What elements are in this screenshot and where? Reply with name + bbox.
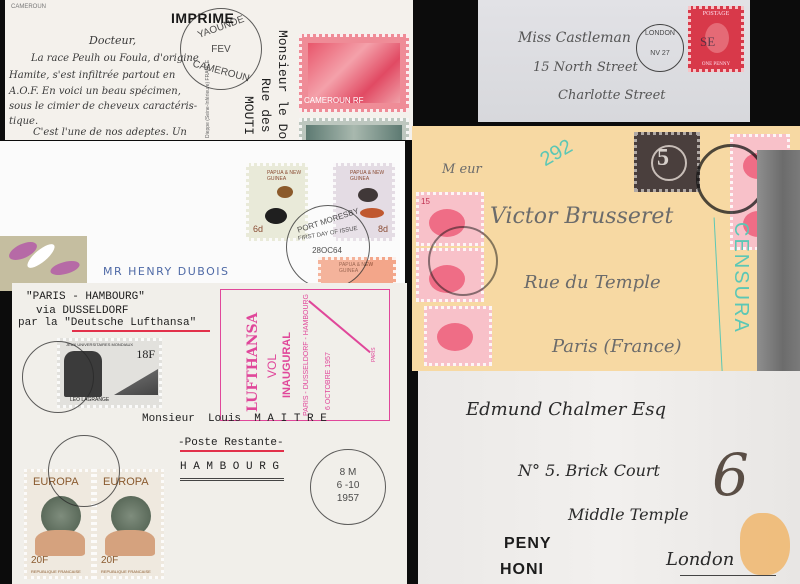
cachet-airline: LUFTHANSA — [245, 312, 261, 412]
penny-red-stamp: POSTAGE ONE PENNY — [688, 6, 744, 72]
poste-restante-underline — [180, 450, 284, 452]
message-line: Hamite, s'est infiltrée partout en — [9, 70, 175, 81]
cachet-route: PARIS - DUSSELDORF - HAMBOURG — [303, 294, 310, 416]
stamp-value: 20F — [31, 555, 48, 566]
stamp-country: REPUBLIQUE FRANCAISE — [101, 569, 151, 574]
addressee: MR HENRY DUBOIS — [103, 265, 230, 278]
handstamp-line: PENY — [504, 535, 552, 553]
cameroun-postcard: CAMEROUN IMPRIME Docteur, La race Peulh … — [5, 0, 413, 140]
postmark-time: 8 M — [328, 467, 368, 478]
orange-wax-seal — [740, 513, 790, 575]
address-line: N° 5. Brick Court — [518, 461, 660, 480]
correos-15-stamp — [424, 306, 492, 366]
message-line: sous le cimier de cheveux caractéris- — [9, 101, 197, 112]
cachet-city: PARIS — [371, 347, 377, 362]
cachet-date: 6 OCTOBRE 1957 — [325, 352, 332, 410]
postmark-year: 1957 — [328, 493, 368, 504]
entire-letter: Edmund Chalmer Esq N° 5. Brick Court Mid… — [418, 371, 800, 584]
spanish-postmark-left — [428, 226, 498, 296]
stamp-label: POSTAGE — [691, 11, 741, 17]
stamp-value: 18F — [136, 347, 155, 362]
greeting: Docteur, — [89, 34, 136, 47]
address-line: Victor Brusseret — [490, 204, 673, 229]
handstamp-line: HONI — [500, 561, 544, 579]
header-line: via DUSSELDORF — [36, 305, 128, 317]
number-mark: 292 — [536, 135, 576, 172]
rate-mark: 6 — [712, 441, 749, 509]
header-line: "PARIS - HAMBOURG" — [26, 291, 145, 303]
censor-mark: CENSURA — [729, 222, 752, 334]
stamp-country: REPUBLIQUE FRANCAISE — [31, 569, 81, 574]
address-line: Monsieur Louis M A I T R E — [142, 413, 327, 425]
postmark-month: FEV — [201, 44, 241, 55]
lufthansa-cover: "PARIS - HAMBOURG" via DUSSELDORF par la… — [12, 283, 407, 584]
lufthansa-cachet: LUFTHANSA VOL INAUGURAL PARIS - DUSSELDO… — [220, 289, 390, 421]
stamp-country: PAPUA & NEW GUINEA — [350, 170, 394, 182]
london-penny-cover: Miss Castleman 15 North Street Charlotte… — [478, 0, 750, 122]
cameroun-stamp-red: CAMEROUN RF — [299, 34, 409, 112]
papua-cover: MR HENRY DUBOIS PAPUA & NEW GUINEA 6d PA… — [0, 141, 405, 291]
address-line: -Poste Restante- — [178, 437, 284, 449]
postmark-date: 28OC64 — [302, 245, 352, 256]
postmark-date: NV 27 — [636, 48, 684, 59]
country-label: CAMEROUN — [11, 4, 46, 10]
stamp-value: ONE PENNY — [691, 62, 741, 67]
address-line: Rue des E — [258, 78, 273, 140]
message-line: C'est l'une de nos adeptes. Un — [33, 127, 187, 138]
republica-5-stamp: 5 — [634, 132, 700, 192]
header-line: par la "Deutsche Lufthansa" — [18, 317, 196, 329]
stamp-value: 20F — [101, 555, 118, 566]
address-line: Monsieur le Doct — [275, 30, 290, 140]
message-line: tique. — [9, 116, 38, 127]
address-line: Miss Castleman — [518, 30, 631, 46]
address-line: M eur — [442, 162, 482, 177]
spanish-postmark — [696, 144, 766, 214]
address-line: London — [666, 549, 734, 570]
stamp-value: 5 — [657, 145, 669, 172]
grey-flap — [757, 150, 800, 371]
paris-aviation-postmark-mid — [48, 435, 120, 507]
address-line: 15 North Street — [533, 60, 638, 75]
address-line: MOUTI — [241, 96, 256, 135]
address-line: Middle Temple — [568, 505, 689, 524]
stamp-country: PAPUA & NEW GUINEA — [267, 170, 307, 182]
stamp-country: CAMEROUN RF — [304, 96, 364, 105]
stamp-value: 6d — [253, 224, 263, 234]
message-line: A.O.F. En voici un beau spécimen, — [9, 86, 181, 97]
cachet-line2: INAUGURAL — [281, 332, 293, 398]
address-line: Edmund Chalmer Esq — [466, 399, 666, 420]
se-cancel: SE — [700, 34, 715, 50]
postmark-city: LONDON — [636, 28, 684, 39]
london-underline — [680, 575, 776, 576]
message-line: La race Peulh ou Foula, d'origine — [31, 53, 199, 64]
cachet-line1: VOL — [265, 354, 279, 378]
spain-censura-cover: 292 M eur Victor Brusseret Rue du Temple… — [412, 126, 800, 371]
postmark-date: 6 -10 — [328, 480, 368, 491]
address-line: Rue du Temple — [524, 272, 661, 293]
address-line: Paris (France) — [552, 336, 682, 357]
header-underline — [72, 330, 210, 332]
paris-aviation-postmark-left — [22, 341, 94, 413]
address-line: Charlotte Street — [558, 88, 666, 103]
stamp-value: 15 — [421, 197, 430, 206]
hambourg-underline — [180, 478, 284, 481]
cameroun-stamp-green — [299, 118, 409, 140]
address-line: H A M B O U R G — [180, 461, 279, 473]
stamp-value: 8d — [378, 224, 388, 234]
